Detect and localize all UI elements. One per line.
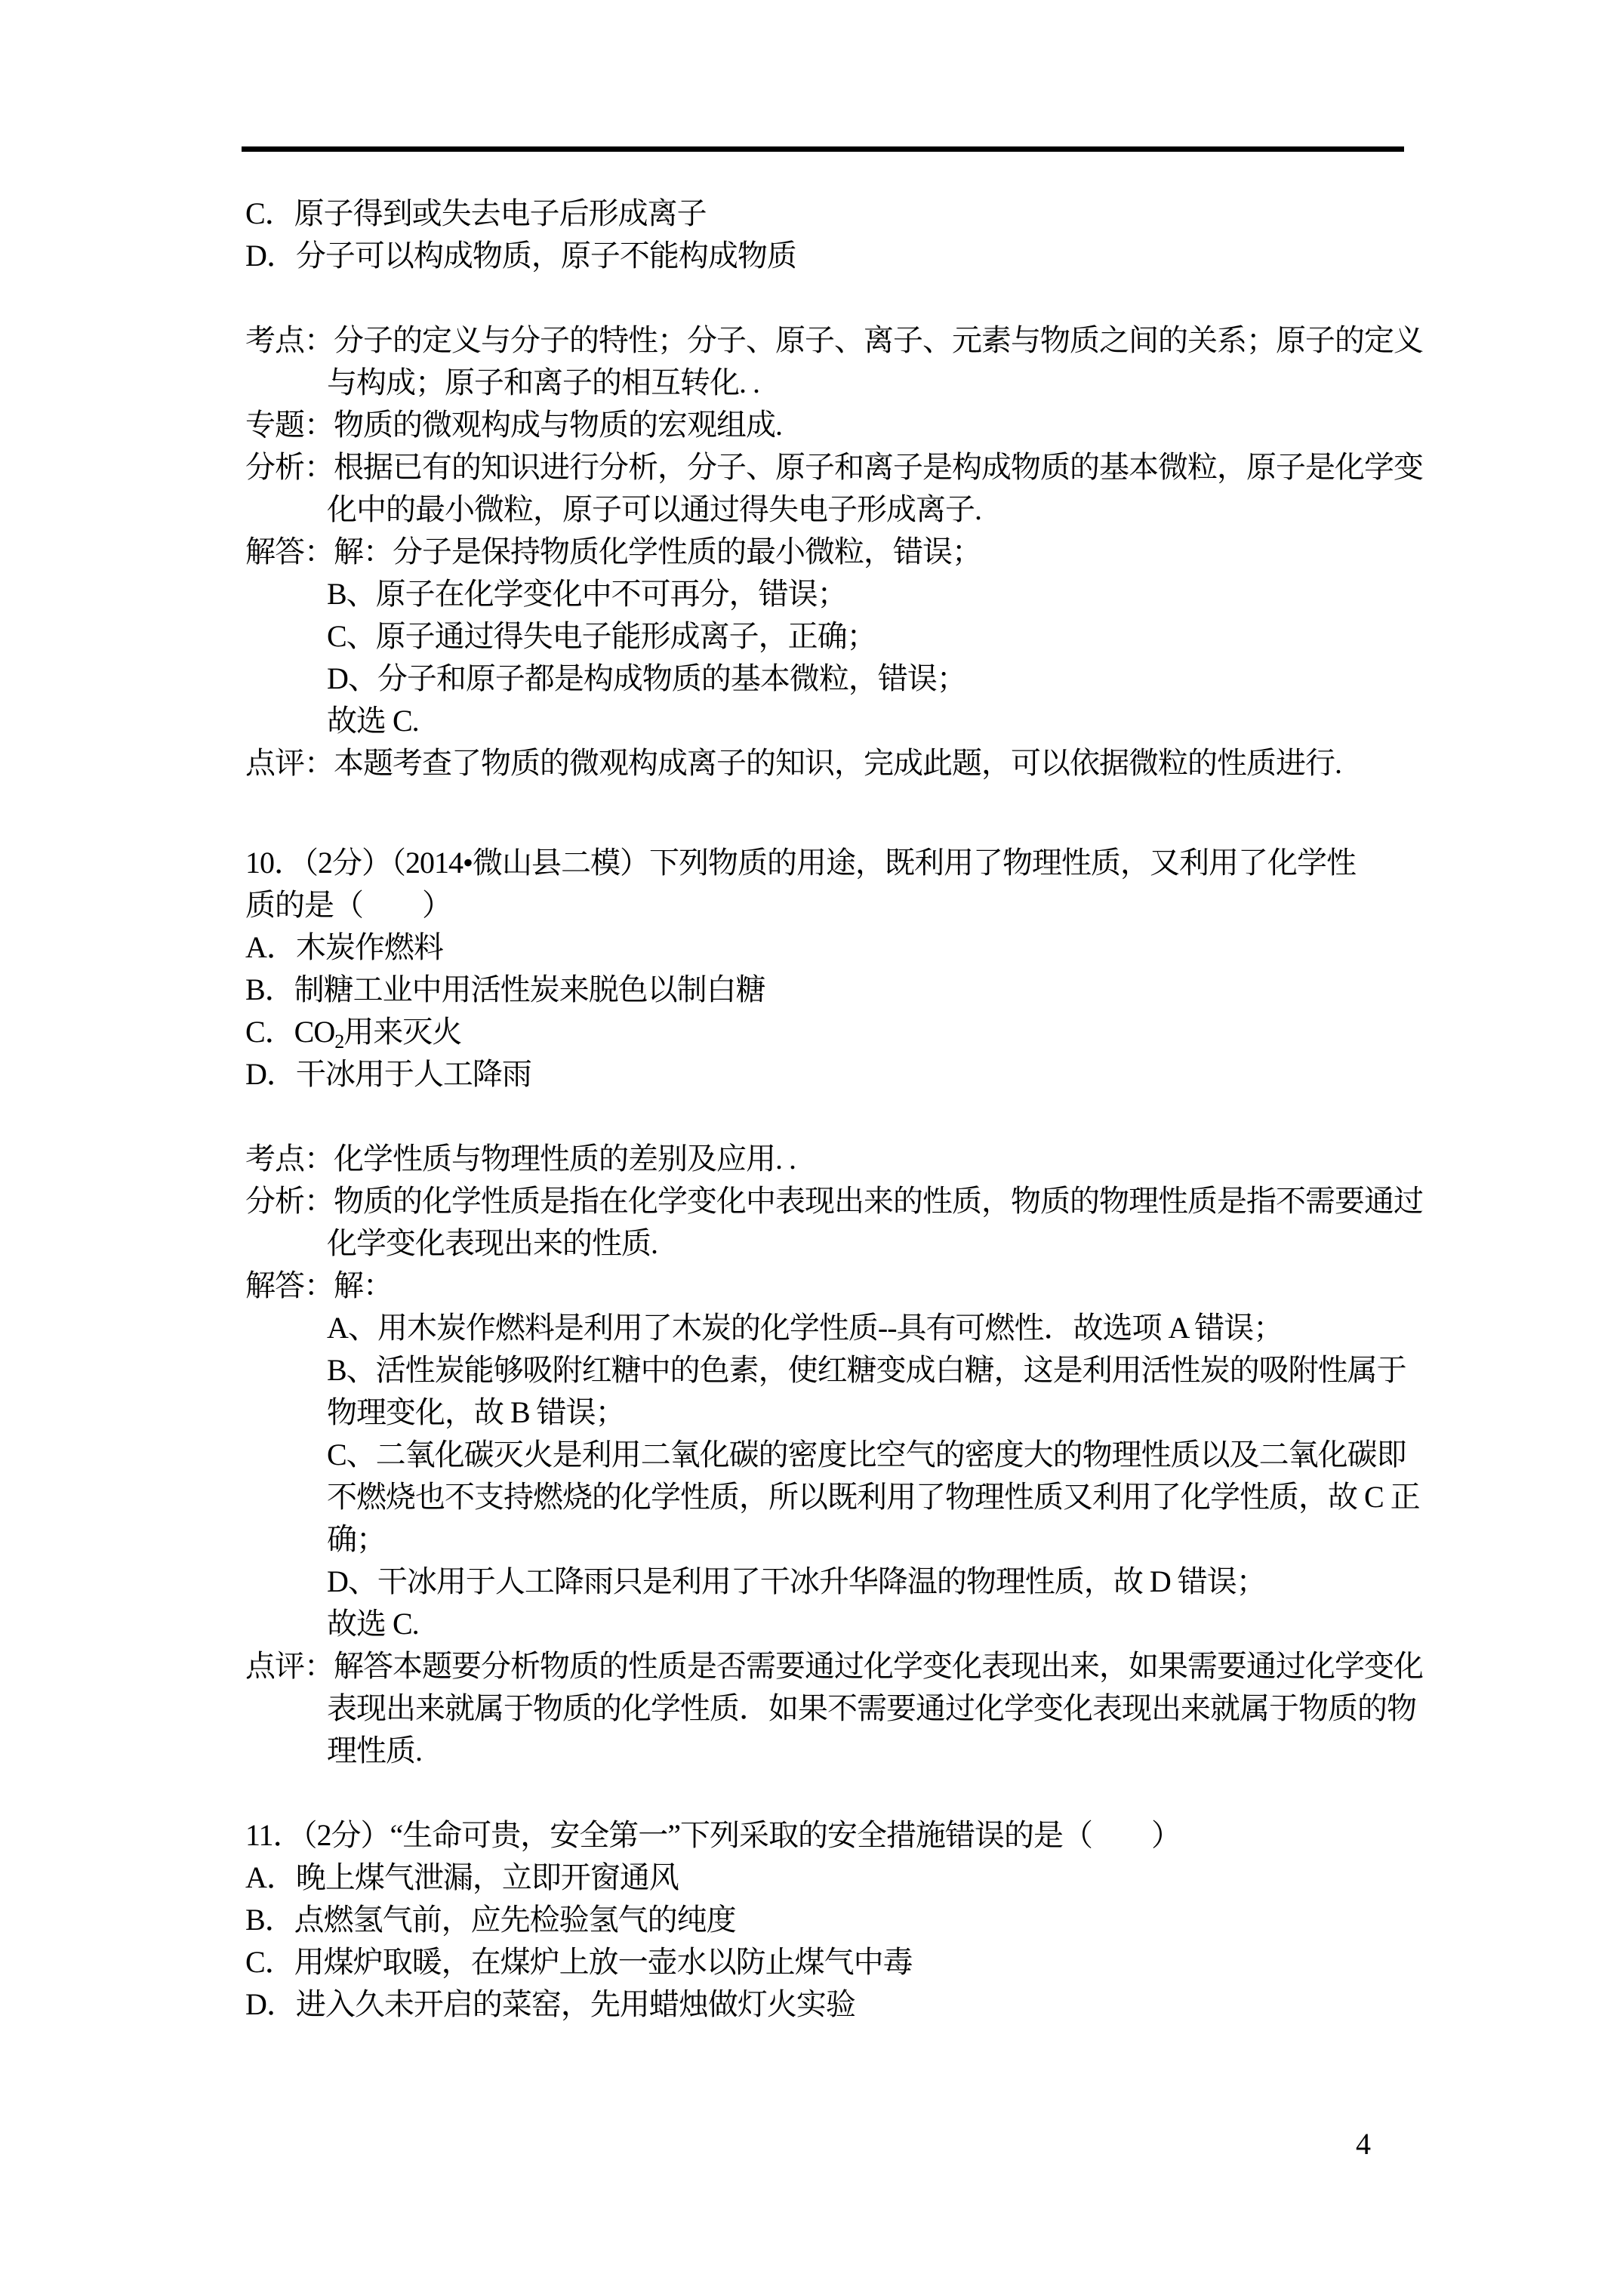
q9-fenxi-continuation: 化中的最小微粒，原子可以通过得失电子形成离子. <box>245 488 1529 531</box>
q10-jieda-item-b-continuation: 物理变化，故 B 错误； <box>245 1391 1529 1434</box>
q10-option-c-post: 用来灭火 <box>343 1015 461 1049</box>
q9-jieda-item-d: D、分子和原子都是构成物质的基本微粒，错误； <box>245 658 1529 700</box>
q11-option-b: B．点燃氢气前，应先检验氢气的纯度 <box>245 1899 1529 1941</box>
q10-jieda-item-c-continuation: 不燃烧也不支持燃烧的化学性质，所以既利用了物理性质又利用了化学性质，故 C 正 <box>245 1476 1529 1518</box>
header-rule <box>242 146 1404 152</box>
co2-subscript: 2 <box>334 1031 343 1052</box>
q9-zhuanti-line: 专题：物质的微观构成与物质的宏观组成. <box>245 404 1529 446</box>
q9-dianping-line: 点评：本题考查了物质的微观构成离子的知识，完成此题，可以依据微粒的性质进行. <box>245 742 1529 784</box>
q10-dianping-continuation-2: 理性质. <box>245 1730 1529 1772</box>
q10-jieda-line: 解答：解： <box>245 1265 1529 1307</box>
q10-fenxi-line: 分析：物质的化学性质是指在化学变化中表现出来的性质，物质的物理性质是指不需要通过 <box>245 1180 1529 1222</box>
document-page: C．原子得到或失去电子后形成离子 D．分子可以构成物质，原子不能构成物质 考点：… <box>0 0 1623 2296</box>
q9-option-c: C．原子得到或失去电子后形成离子 <box>245 193 1529 235</box>
q10-option-d: D．干冰用于人工降雨 <box>245 1053 1529 1096</box>
q10-dianping-continuation: 表现出来就属于物质的化学性质．如果不需要通过化学变化表现出来就属于物质的物 <box>245 1687 1529 1730</box>
spacer <box>245 1096 1529 1138</box>
q9-fenxi-line: 分析：根据已有的知识进行分析，分子、原子和离子是构成物质的基本微粒，原子是化学变 <box>245 446 1529 488</box>
q10-header-continuation: 质的是（ ） <box>245 884 1529 926</box>
q10-jieda-item-a: A、用木炭作燃料是利用了木炭的化学性质--具有可燃性．故选项 A 错误； <box>245 1307 1529 1349</box>
q9-kaodian-continuation: 与构成；原子和离子的相互转化. . <box>245 362 1529 404</box>
q9-jieda-conclusion: 故选 C. <box>245 700 1529 742</box>
q11-header-line: 11．（2分）“生命可贵，安全第一”下列采取的安全措施错误的是（ ） <box>245 1814 1529 1857</box>
q10-dianping-line: 点评：解答本题要分析物质的性质是否需要通过化学变化表现出来，如果需要通过化学变化 <box>245 1645 1529 1687</box>
q9-jieda-line: 解答：解：分子是保持物质化学性质的最小微粒，错误； <box>245 531 1529 573</box>
q11-option-a: A．晚上煤气泄漏，立即开窗通风 <box>245 1857 1529 1899</box>
q9-jieda-item-c: C、原子通过得失电子能形成离子，正确； <box>245 615 1529 658</box>
q10-header-line: 10．（2分）（2014•微山县二模）下列物质的用途，既利用了物理性质，又利用了… <box>245 842 1529 884</box>
q10-option-b: B．制糖工业中用活性炭来脱色以制白糖 <box>245 969 1529 1011</box>
q10-option-c-pre: C．CO <box>245 1015 334 1049</box>
spacer <box>245 1772 1529 1814</box>
q10-kaodian-line: 考点：化学性质与物理性质的差别及应用. . <box>245 1138 1529 1180</box>
q11-option-d: D．进入久未开启的菜窑，先用蜡烛做灯火实验 <box>245 1983 1529 2026</box>
q10-fenxi-continuation: 化学变化表现出来的性质. <box>245 1222 1529 1265</box>
q9-option-d: D．分子可以构成物质，原子不能构成物质 <box>245 235 1529 277</box>
q10-jieda-item-b: B、活性炭能够吸附红糖中的色素，使红糖变成白糖，这是利用活性炭的吸附性属于 <box>245 1349 1529 1391</box>
q9-jieda-item-b: B、原子在化学变化中不可再分，错误； <box>245 573 1529 615</box>
q10-jieda-conclusion: 故选 C. <box>245 1603 1529 1645</box>
q10-jieda-item-c-continuation-2: 确； <box>245 1518 1529 1561</box>
page-number: 4 <box>1356 2123 1371 2165</box>
spacer <box>245 277 1529 319</box>
q9-kaodian-line: 考点：分子的定义与分子的特性；分子、原子、离子、元素与物质之间的关系；原子的定义 <box>245 319 1529 362</box>
spacer <box>245 784 1529 842</box>
q10-jieda-item-d: D、干冰用于人工降雨只是利用了干冰升华降温的物理性质，故 D 错误； <box>245 1561 1529 1603</box>
q10-jieda-item-c: C、二氧化碳灭火是利用二氧化碳的密度比空气的密度大的物理性质以及二氧化碳即 <box>245 1434 1529 1476</box>
document-content: C．原子得到或失去电子后形成离子 D．分子可以构成物质，原子不能构成物质 考点：… <box>245 193 1529 2026</box>
q11-option-c: C．用煤炉取暖，在煤炉上放一壶水以防止煤气中毒 <box>245 1941 1529 1983</box>
q10-option-a: A．木炭作燃料 <box>245 926 1529 969</box>
q10-option-c: C．CO2用来灭火 <box>245 1011 1529 1053</box>
